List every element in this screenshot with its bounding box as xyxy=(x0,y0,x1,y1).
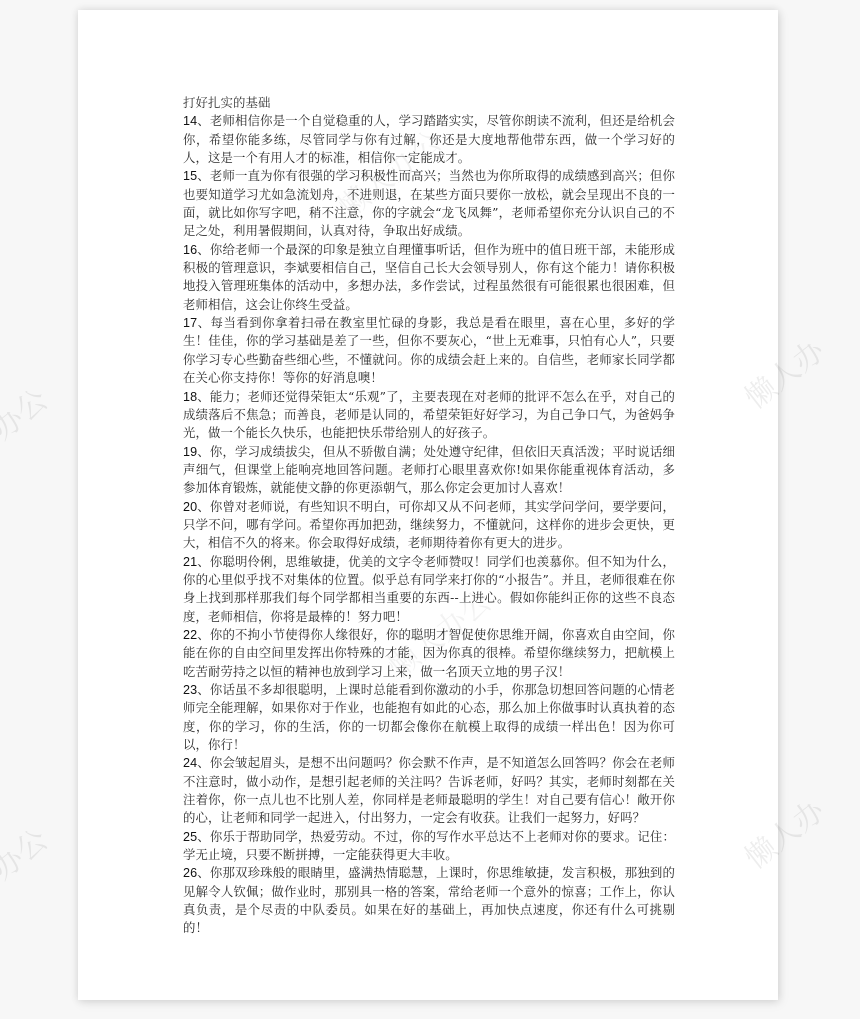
paragraph-number: 26 xyxy=(183,866,197,880)
paragraph-number: 25 xyxy=(183,830,197,844)
comment-paragraph: 15、老师一直为你有很强的学习积极性而高兴；当然也为你所取得的成绩感到高兴；但你… xyxy=(183,167,675,240)
paragraph-number: 14 xyxy=(183,114,197,128)
paragraph-list: 14、老师相信你是一个自觉稳重的人，学习踏踏实实，尽管你朗读不流利，但还是给机会… xyxy=(183,112,675,937)
paragraph-number: 18 xyxy=(183,390,197,404)
document-page: 办公 办公 懒人办 懒人办 懒人办公 懒人办公 打好扎实的基础 14、老师相信你… xyxy=(78,10,778,1000)
comment-paragraph: 26、你那双珍珠般的眼睛里，盛满热情聪慧，上课时，你思维敏捷，发言积极，那独到的… xyxy=(183,864,675,937)
comment-paragraph: 23、你话虽不多却很聪明，上课时总能看到你激动的小手，你那急切想回答问题的心情老… xyxy=(183,681,675,754)
watermark-left-upper: 办公 xyxy=(0,376,55,448)
comment-paragraph: 17、每当看到你拿着扫帚在教室里忙碌的身影，我总是看在眼里，喜在心里，多好的学生… xyxy=(183,314,675,387)
document-title: 打好扎实的基础 xyxy=(183,94,675,112)
comment-paragraph: 25、你乐于帮助同学，热爱劳动。不过，你的写作水平总达不上老师对你的要求。记住：… xyxy=(183,828,675,865)
paragraph-text: 、你会皱起眉头，是想不出问题吗？你会默不作声，是不知道怎么回答吗？你会在老师不注… xyxy=(183,755,675,825)
paragraph-text: 、你话虽不多却很聪明，上课时总能看到你激动的小手，你那急切想回答问题的心情老师完… xyxy=(183,682,675,752)
paragraph-text: 、老师一直为你有很强的学习积极性而高兴；当然也为你所取得的成绩感到高兴；但你也要… xyxy=(183,168,675,238)
comment-paragraph: 19、你，学习成绩拔尖，但从不骄傲自满；处处遵守纪律，但依旧天真活泼；平时说话细… xyxy=(183,443,675,498)
paragraph-text: 、你那双珍珠般的眼睛里，盛满热情聪慧，上课时，你思维敏捷，发言积极，那独到的见解… xyxy=(183,865,675,935)
paragraph-text: 、你曾对老师说，有些知识不明白，可你却又从不问老师，其实学问学问，要学要问，只学… xyxy=(183,499,675,551)
paragraph-number: 22 xyxy=(183,628,197,642)
watermark-right-lower: 懒人办 xyxy=(734,787,832,877)
paragraph-number: 23 xyxy=(183,683,197,697)
paragraph-number: 16 xyxy=(183,243,197,257)
comment-paragraph: 24、你会皱起眉头，是想不出问题吗？你会默不作声，是不知道怎么回答吗？你会在老师… xyxy=(183,754,675,827)
comment-paragraph: 16、你给老师一个最深的印象是独立自理懂事听话，但作为班中的值日班干部，未能形成… xyxy=(183,241,675,314)
paragraph-number: 21 xyxy=(183,555,197,569)
comment-paragraph: 14、老师相信你是一个自觉稳重的人，学习踏踏实实，尽管你朗读不流利，但还是给机会… xyxy=(183,112,675,167)
paragraph-text: 、老师相信你是一个自觉稳重的人，学习踏踏实实，尽管你朗读不流利，但还是给机会你，… xyxy=(183,113,675,165)
paragraph-text: 、每当看到你拿着扫帚在教室里忙碌的身影，我总是看在眼里，喜在心里，多好的学生！佳… xyxy=(183,315,675,385)
paragraph-text: 、你，学习成绩拔尖，但从不骄傲自满；处处遵守纪律，但依旧天真活泼；平时说话细声细… xyxy=(183,444,675,496)
paragraph-text: 、能力；老师还觉得荣钜太“乐观”了，主要表现在对老师的批评不怎么在乎，对自己的成… xyxy=(183,389,675,441)
comment-paragraph: 21、你聪明伶俐，思维敏捷，优美的文字令老师赞叹！同学们也羡慕你。但不知为什么，… xyxy=(183,553,675,626)
paragraph-text: 、你聪明伶俐，思维敏捷，优美的文字令老师赞叹！同学们也羡慕你。但不知为什么，你的… xyxy=(183,554,675,624)
comment-paragraph: 22、你的不拘小节使得你人缘很好，你的聪明才智促使你思维开阔，你喜欢自由空间，你… xyxy=(183,626,675,681)
paragraph-text: 、你给老师一个最深的印象是独立自理懂事听话，但作为班中的值日班干部，未能形成积极… xyxy=(183,242,675,312)
paragraph-text: 、你的不拘小节使得你人缘很好，你的聪明才智促使你思维开阔，你喜欢自由空间，你能在… xyxy=(183,627,675,679)
document-body: 打好扎实的基础 14、老师相信你是一个自觉稳重的人，学习踏踏实实，尽管你朗读不流… xyxy=(183,94,675,938)
paragraph-number: 19 xyxy=(183,445,197,459)
paragraph-number: 24 xyxy=(183,756,197,770)
paragraph-number: 17 xyxy=(183,316,197,330)
paragraph-number: 20 xyxy=(183,500,197,514)
comment-paragraph: 18、能力；老师还觉得荣钜太“乐观”了，主要表现在对老师的批评不怎么在乎，对自己… xyxy=(183,388,675,443)
paragraph-text: 、你乐于帮助同学，热爱劳动。不过，你的写作水平总达不上老师对你的要求。记住：学无… xyxy=(183,829,675,862)
watermark-right-upper: 懒人办 xyxy=(734,327,832,417)
watermark-left-lower: 办公 xyxy=(0,816,55,888)
comment-paragraph: 20、你曾对老师说，有些知识不明白，可你却又从不问老师，其实学问学问，要学要问，… xyxy=(183,498,675,553)
paragraph-number: 15 xyxy=(183,169,197,183)
